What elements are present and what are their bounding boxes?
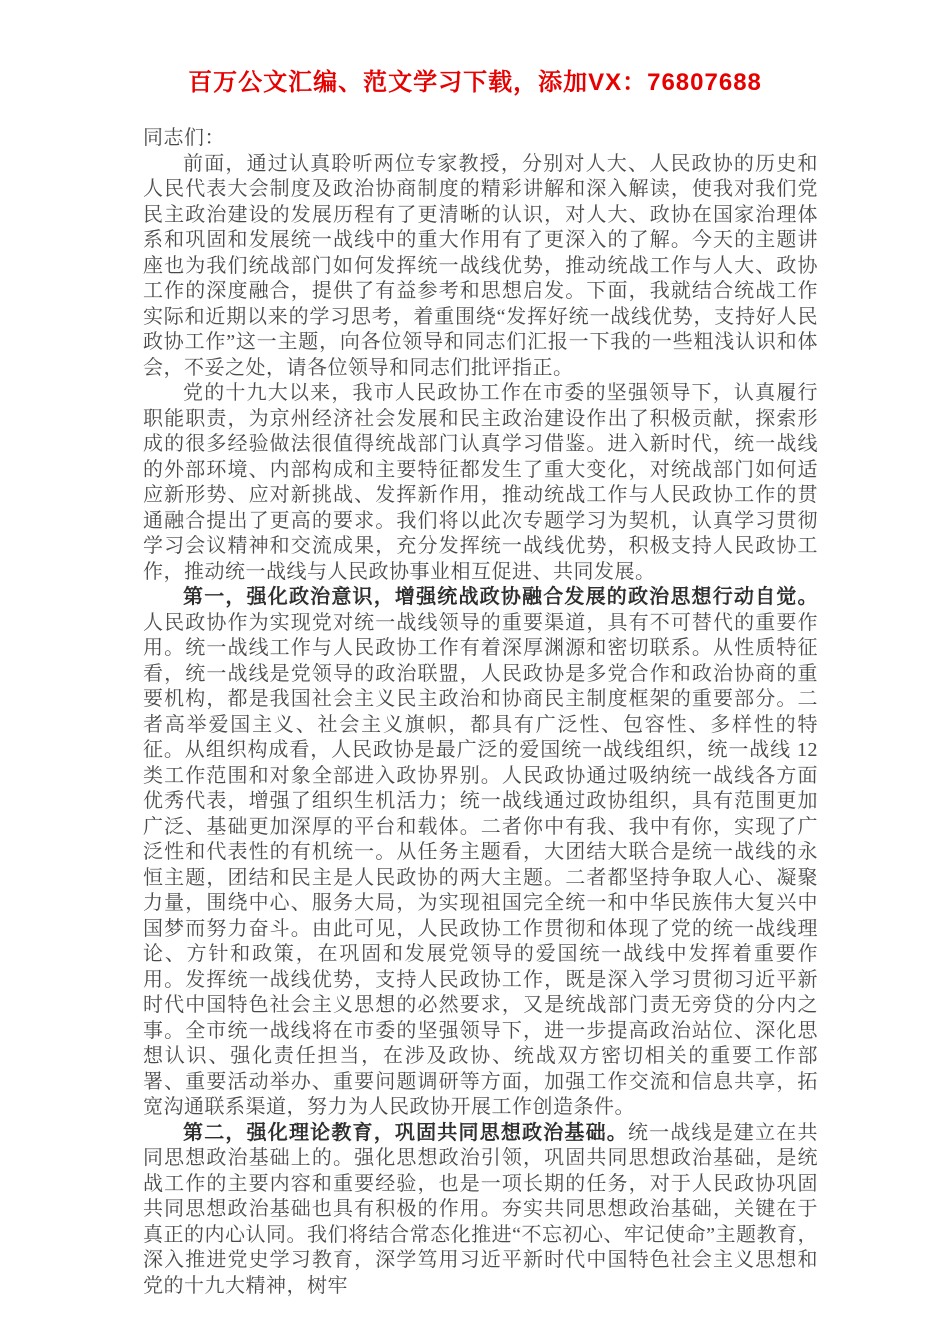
paragraph-point-1-text: 人民政协作为实现党对统一战线领导的重要渠道，具有不可替代的重要作用。统一战线工作… [143,612,818,1119]
paragraph-intro-text: 前面，通过认真聆听两位专家教授，分别对人大、人民政协的历史和人民代表大会制度及政… [143,153,818,379]
paragraph-point-2-heading: 第二，强化理论教育，巩固共同思想政治基础。 [183,1122,628,1144]
paragraph-background: 党的十九大以来，我市人民政协工作在市委的坚强领导下，认真履行职能职责，为京州经济… [143,381,818,585]
salutation: 同志们： [143,126,818,152]
paragraph-point-1-heading: 第一，强化政治意识，增强统战政协融合发展的政治思想行动自觉。 [183,586,818,608]
paragraph-intro: 前面，通过认真聆听两位专家教授，分别对人大、人民政协的历史和人民代表大会制度及政… [143,152,818,382]
paragraph-background-text: 党的十九大以来，我市人民政协工作在市委的坚强领导下，认真履行职能职责，为京州经济… [143,382,818,583]
header-notice: 百万公文汇编、范文学习下载，添加VX：76807688 [0,62,950,97]
paragraph-point-2: 第二，强化理论教育，巩固共同思想政治基础。统一战线是建立在共同思想政治基础上的。… [143,1121,818,1300]
document-page: 百万公文汇编、范文学习下载，添加VX：76807688 同志们： 前面，通过认真… [0,0,950,1344]
paragraph-point-1: 第一，强化政治意识，增强统战政协融合发展的政治思想行动自觉。人民政协作为实现党对… [143,585,818,1121]
paragraph-point-2-text: 统一战线是建立在共同思想政治基础上的。强化思想政治引领，巩固共同思想政治基础，是… [143,1122,818,1297]
document-body: 同志们： 前面，通过认真聆听两位专家教授，分别对人大、人民政协的历史和人民代表大… [143,126,818,1299]
